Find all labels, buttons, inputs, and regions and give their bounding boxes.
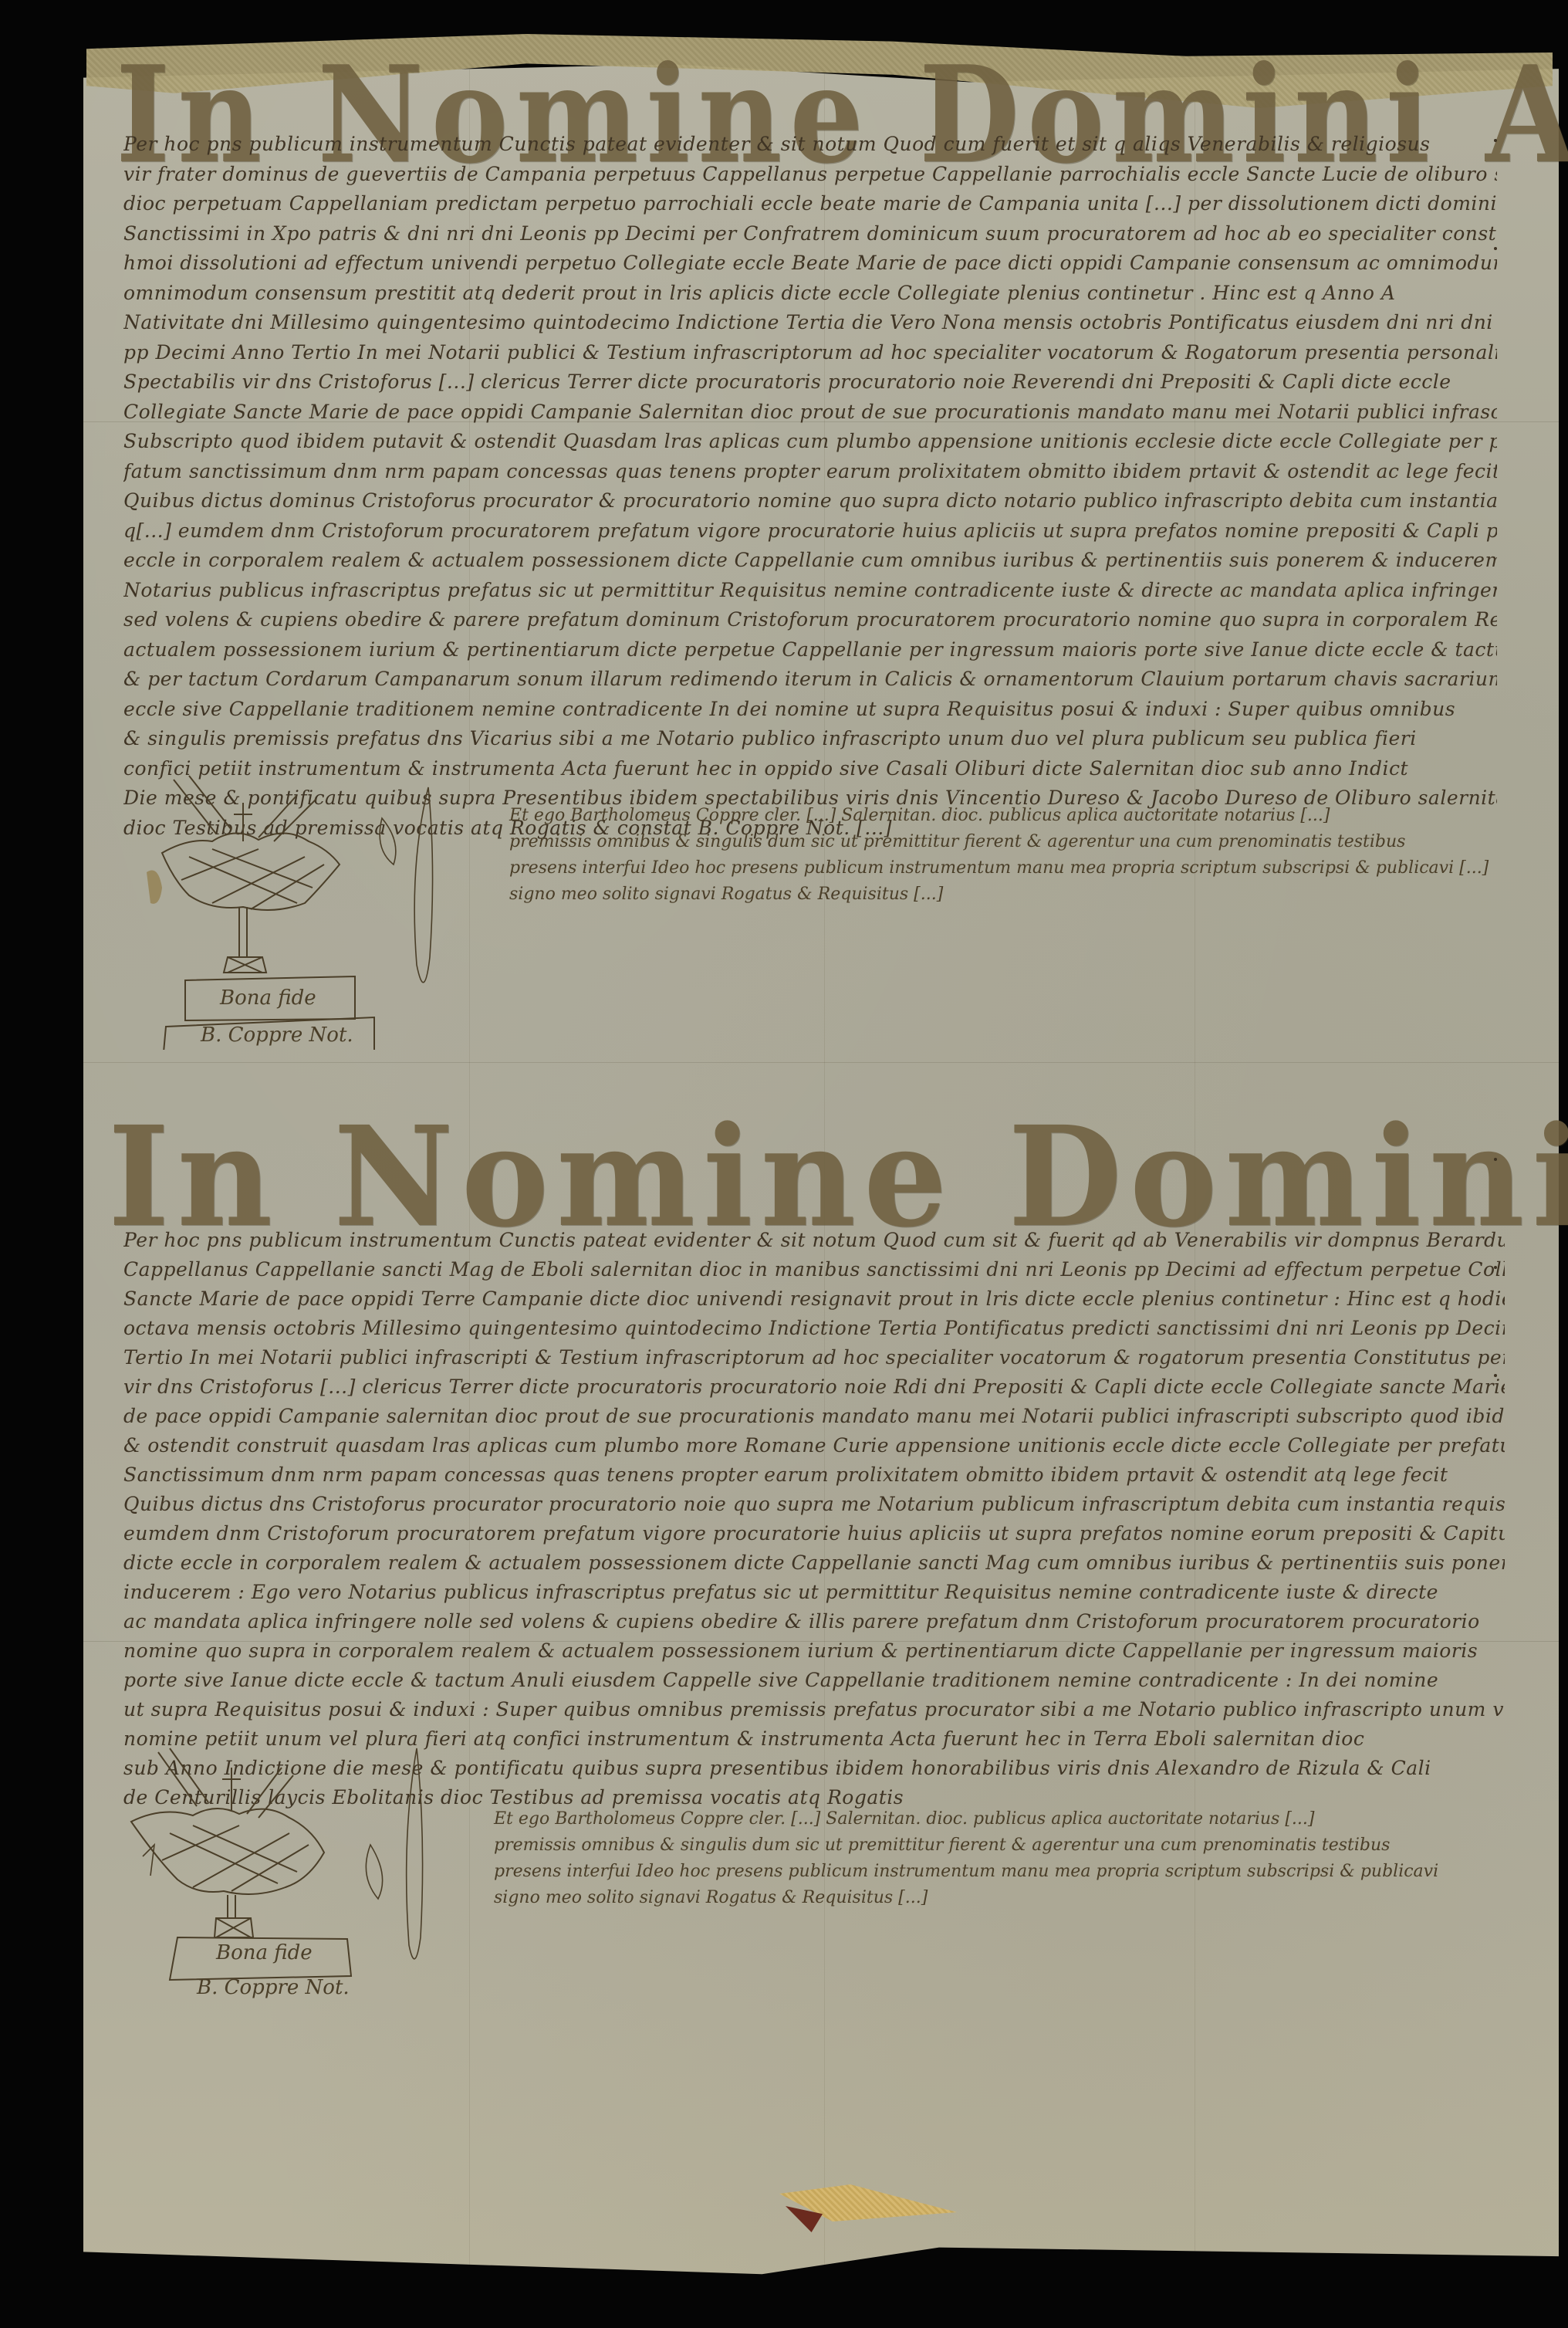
text-line: premissis omnibus & singulis dum sic ut … — [509, 829, 1489, 855]
text-line: sed volens & cupiens obedire & parere pr… — [123, 605, 1497, 635]
text-line: Et ego Bartholomeus Coppre cler. [...] S… — [509, 803, 1489, 829]
text-line: & per tactum Cordarum Campanarum sonum i… — [123, 665, 1497, 695]
text-line: Et ego Bartholomeus Coppre cler. [...] S… — [494, 1806, 1438, 1832]
signum-motto: Bona fide — [216, 1941, 313, 1964]
text-line: porte sive Ianue dicte eccle & tactum An… — [123, 1666, 1505, 1695]
fold-line — [83, 1062, 1559, 1063]
text-line: presens interfui Ideo hoc presens public… — [494, 1859, 1438, 1885]
text-line: pp Decimi Anno Tertio In mei Notarii pub… — [123, 338, 1497, 368]
text-line: Notarius publicus infrascriptus prefatus… — [123, 576, 1497, 606]
text-line: Tertio In mei Notarii publici infrascrip… — [123, 1343, 1505, 1372]
notary-signum-1: Bona fide B. Coppre Not. — [143, 772, 467, 1050]
text-line: Per hoc pns publicum instrumentum Cuncti… — [123, 1226, 1505, 1255]
text-line: ut supra Requisitus posui & induxi : Sup… — [123, 1695, 1505, 1724]
text-line: presens interfui Ideo hoc presens public… — [509, 855, 1489, 881]
notary-subscription-2: Et ego Bartholomeus Coppre cler. [...] S… — [494, 1806, 1438, 1911]
instrument-2-text: Per hoc pns publicum instrumentum Cuncti… — [123, 1226, 1505, 1812]
stitch-hole — [1494, 139, 1497, 142]
text-line: Sanctissimum dnm nrm papam concessas qua… — [123, 1460, 1505, 1490]
text-line: Nativitate dni Millesimo quingentesimo q… — [123, 308, 1497, 338]
stitch-hole — [1494, 1374, 1497, 1377]
notary-signum-2: Bona fide B. Coppre Not. — [123, 1744, 448, 1976]
text-line: & singulis premissis prefatus dns Vicari… — [123, 724, 1497, 754]
text-line: Sanctissimi in Xpo patris & dni nri dni … — [123, 219, 1497, 249]
text-line: eumdem dnm Cristoforum procuratorem pref… — [123, 1519, 1505, 1548]
text-line: vir dns Cristoforus [...] clericus Terre… — [123, 1372, 1505, 1402]
text-line: inducerem : Ego vero Notarius publicus i… — [123, 1578, 1505, 1607]
text-line: actualem possessionem iurium & pertinent… — [123, 635, 1497, 665]
text-line: signo meo solito signavi Rogatus & Requi… — [509, 881, 1489, 908]
text-line: eccle in corporalem realem & actualem po… — [123, 546, 1497, 576]
signum-notary-name: B. Coppre Not. — [201, 1024, 353, 1047]
text-line: Collegiate Sancte Marie de pace oppidi C… — [123, 398, 1497, 428]
notary-subscription-1: Et ego Bartholomeus Coppre cler. [...] S… — [509, 803, 1489, 908]
stitch-hole — [1494, 1158, 1497, 1161]
text-line: q[...] eumdem dnm Cristoforum procurator… — [123, 516, 1497, 546]
text-line: Quibus dictus dns Cristoforus procurator… — [123, 1490, 1505, 1519]
text-line: vir frater dominus de guevertiis de Camp… — [123, 160, 1497, 190]
text-line: dicte eccle in corporalem realem & actua… — [123, 1548, 1505, 1578]
text-line: omnimodum consensum prestitit atq dederi… — [123, 279, 1497, 309]
text-line: Quibus dictus dominus Cristoforus procur… — [123, 486, 1497, 516]
text-line: dioc perpetuam Cappellaniam predictam pe… — [123, 189, 1497, 219]
text-line: premissis omnibus & singulis dum sic ut … — [494, 1832, 1438, 1859]
text-line: eccle sive Cappellanie traditionem nemin… — [123, 695, 1497, 725]
signum-motto: Bona fide — [220, 986, 316, 1010]
text-line: ac mandata aplica infringere nolle sed v… — [123, 1607, 1505, 1636]
text-line: signo meo solito signavi Rogatus & Requi… — [494, 1885, 1438, 1911]
text-line: hmoi dissolutioni ad effectum univendi p… — [123, 249, 1497, 279]
text-line: Spectabilis vir dns Cristoforus [...] cl… — [123, 367, 1497, 398]
text-line: fatum sanctissimum dnm nrm papam concess… — [123, 457, 1497, 487]
stitch-hole — [1494, 1266, 1497, 1269]
text-line: Sancte Marie de pace oppidi Terre Campan… — [123, 1284, 1505, 1314]
text-line: & ostendit construit quasdam lras aplica… — [123, 1431, 1505, 1460]
text-line: Cappellanus Cappellanie sancti Mag de Eb… — [123, 1255, 1505, 1284]
instrument-1-text: Per hoc pns publicum instrumentum Cuncti… — [123, 130, 1497, 843]
text-line: Subscripto quod ibidem putavit & ostendi… — [123, 427, 1497, 457]
stitch-hole — [1494, 247, 1497, 250]
signum-notary-name: B. Coppre Not. — [197, 1976, 350, 1999]
text-line: octava mensis octobris Millesimo quingen… — [123, 1314, 1505, 1343]
text-line: de pace oppidi Campanie salernitan dioc … — [123, 1402, 1505, 1431]
text-line: nomine quo supra in corporalem realem & … — [123, 1636, 1505, 1666]
text-line: Per hoc pns publicum instrumentum Cuncti… — [123, 130, 1497, 160]
